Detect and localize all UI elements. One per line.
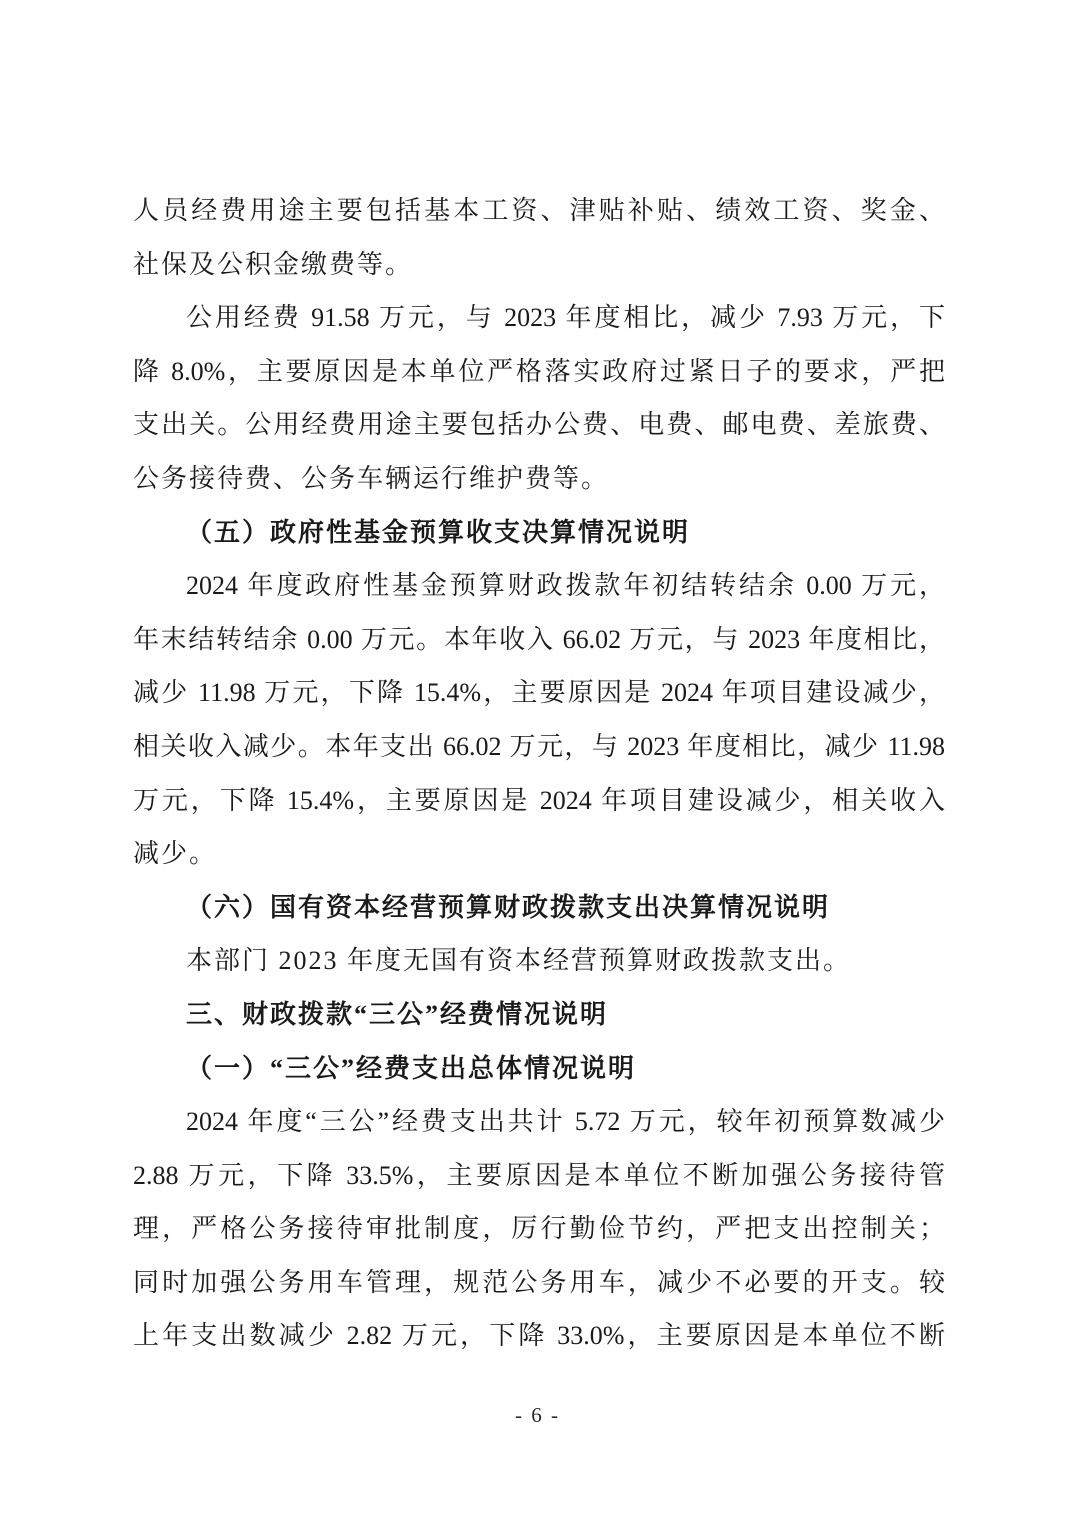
text-line: 公用经费 91.58 万元，与 2023 年度相比，减少 7.93 万元，下 [133,291,945,345]
text-line: 社保及公积金缴费等。 [133,238,945,292]
document-page: 人员经费用途主要包括基本工资、津贴补贴、绩效工资、奖金、社保及公积金缴费等。公用… [0,0,1075,1520]
text-line: 减少。 [133,827,945,881]
text-line: 支出关。公用经费用途主要包括办公费、电费、邮电费、差旅费、 [133,398,945,452]
document-body: 人员经费用途主要包括基本工资、津贴补贴、绩效工资、奖金、社保及公积金缴费等。公用… [133,184,945,1363]
text-line: 万元，下降 15.4%，主要原因是 2024 年项目建设减少，相关收入 [133,774,945,828]
heading-line: 三、财政拨款“三公”经费情况说明 [133,988,945,1042]
text-line: 2024 年度政府性基金预算财政拨款年初结转结余 0.00 万元， [133,559,945,613]
page-number: - 6 - [515,1403,560,1427]
text-line: 减少 11.98 万元，下降 15.4%，主要原因是 2024 年项目建设减少， [133,666,945,720]
text-line: 理，严格公务接待审批制度，厉行勤俭节约，严把支出控制关； [133,1202,945,1256]
heading-line: （六）国有资本经营预算财政拨款支出决算情况说明 [133,881,945,935]
page-footer: - 6 - [0,1400,1075,1430]
text-line: 上年支出数减少 2.82 万元，下降 33.0%，主要原因是本单位不断 [133,1309,945,1363]
text-line: 相关收入减少。本年支出 66.02 万元，与 2023 年度相比，减少 11.9… [133,720,945,774]
text-line: 同时加强公务用车管理，规范公务用车，减少不必要的开支。较 [133,1256,945,1310]
text-line: 人员经费用途主要包括基本工资、津贴补贴、绩效工资、奖金、 [133,184,945,238]
heading-line: （五）政府性基金预算收支决算情况说明 [133,506,945,560]
text-line: 公务接待费、公务车辆运行维护费等。 [133,452,945,506]
text-line: 年末结转结余 0.00 万元。本年收入 66.02 万元，与 2023 年度相比… [133,613,945,667]
text-line: 本部门 2023 年度无国有资本经营预算财政拨款支出。 [133,934,945,988]
text-line: 2.88 万元，下降 33.5%，主要原因是本单位不断加强公务接待管 [133,1149,945,1203]
text-line: 2024 年度“三公”经费支出共计 5.72 万元，较年初预算数减少 [133,1095,945,1149]
text-line: 降 8.0%，主要原因是本单位严格落实政府过紧日子的要求，严把 [133,345,945,399]
heading-line: （一）“三公”经费支出总体情况说明 [133,1042,945,1096]
